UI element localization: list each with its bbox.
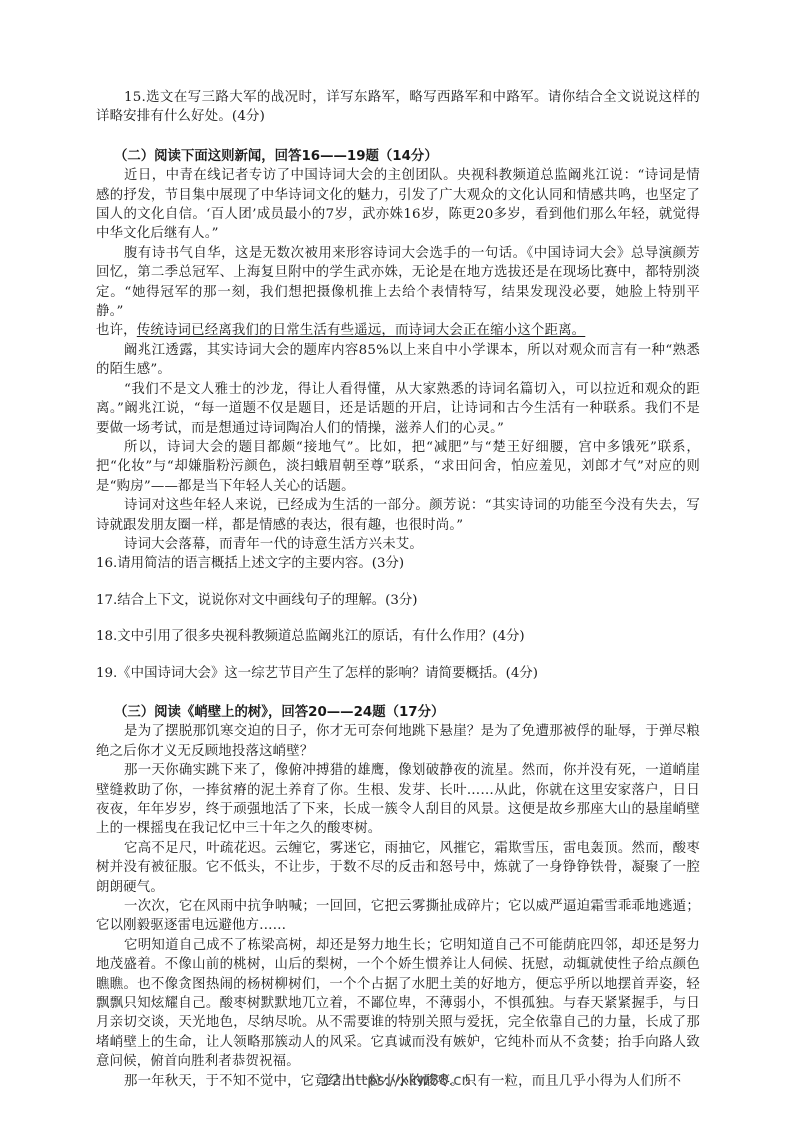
- section-2-heading: （二）阅读下面这则新闻，回答16——19题（14分）: [96, 147, 700, 166]
- answer-space: [96, 647, 700, 664]
- news-paragraph: 腹有诗书气自华，这是无数次被用来形容诗词大会选手的一句话。《中国诗词大会》总导演…: [96, 244, 700, 322]
- question-15: 15.选文在写三路大军的战况时，详写东路军，略写西路军和中路军。请你结合全文说说…: [96, 88, 700, 127]
- section-3-heading: （三）阅读《峭壁上的树》，回答20——24题（17分）: [96, 703, 700, 722]
- underlined-prefix: 也许，: [96, 323, 137, 338]
- news-paragraph: 所以，诗词大会的题目都颇“接地气”。比如，把“减肥”与“楚王好细腰，宫中多饿死”…: [96, 438, 700, 496]
- question-16: 16.请用简洁的语言概括上述文字的主要内容。(3分): [96, 554, 700, 573]
- essay-paragraph: 一次次，它在风雨中抗争呐喊；一回回，它把云雾撕扯成碎片；它以威严逼迫霜雪乖乖地逃…: [96, 897, 700, 936]
- question-17: 17.结合上下文，说说你对文中画线句子的理解。(3分): [96, 591, 700, 610]
- question-18: 18.文中引用了很多央视科教频道总监阚兆江的原话，有什么作用？(4分): [96, 627, 700, 646]
- answer-space: [96, 574, 700, 591]
- spacer: [96, 683, 700, 703]
- underlined-sentence: 传统诗词已经离我们的日常生活有些遥远，而诗词大会正在缩小这个距离。: [137, 323, 586, 338]
- news-paragraph: 诗词大会落幕，而青年一代的诗意生活方兴未艾。: [96, 535, 700, 554]
- news-paragraph: 阚兆江透露，其实诗词大会的题库内容85%以上来自中小学课本，所以对观众而言有一种…: [96, 341, 700, 380]
- question-19: 19.《中国诗词大会》这一综艺节目产生了怎样的影响？请简要概括。(4分): [96, 664, 700, 683]
- news-paragraph: 诗词对这些年轻人来说，已经成为生活的一部分。颜芳说：“其实诗词的功能至今没有失去…: [96, 496, 700, 535]
- underlined-paragraph: 也许，传统诗词已经离我们的日常生活有些遥远，而诗词大会正在缩小这个距离。: [96, 321, 700, 340]
- essay-paragraph: 它高不足尺，叶疏花迟。云缠它，雾迷它，雨抽它，风摧它，霜欺雪压，雷电轰顶。然而，…: [96, 839, 700, 897]
- spacer: [96, 127, 700, 147]
- page-footer: 12 https://xkw88.cn: [0, 1071, 793, 1089]
- essay-paragraph: 它明知道自己成不了栋梁高树，却还是努力地生长；它明知道自己不可能荫庇四邻，却还是…: [96, 936, 700, 1072]
- document-page: 15.选文在写三路大军的战况时，详写东路军，略写西路军和中路军。请你结合全文说说…: [96, 88, 700, 1091]
- news-paragraph: “我们不是文人雅士的沙龙，得让人看得懂，从大家熟悉的诗词名篇切入，可以拉近和观众…: [96, 380, 700, 438]
- essay-paragraph: 那一天你确实跳下来了，像俯冲搏猎的雄鹰，像划破静夜的流星。然而，你并没有死，一道…: [96, 761, 700, 839]
- essay-paragraph: 是为了摆脱那饥寒交迫的日子，你才无可奈何地跳下悬崖？是为了免遭那被俘的耻辱，于弹…: [96, 722, 700, 761]
- answer-space: [96, 610, 700, 627]
- news-paragraph: 近日，中青在线记者专访了中国诗词大会的主创团队。央视科教频道总监阚兆江说：“诗词…: [96, 166, 700, 244]
